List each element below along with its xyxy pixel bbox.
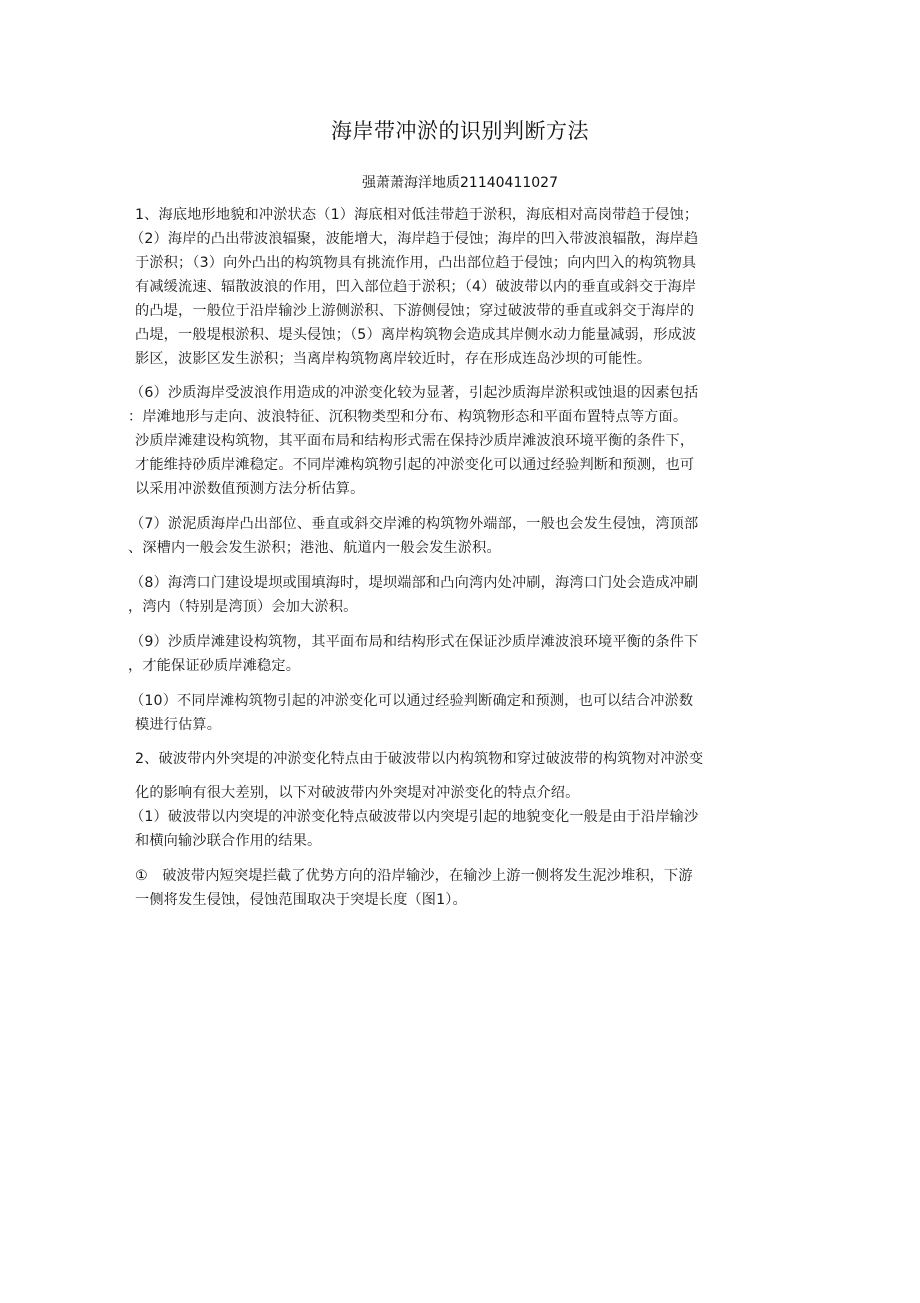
text-line: （8）海湾口门建设堤坝或围填海时，堤坝端部和凸向湾内处冲刷，海湾口门处会造成冲刷 bbox=[130, 572, 790, 594]
text-line: 1、海底地形地貌和冲淤状态（1）海底相对低洼带趋于淤积，海底相对高岗带趋于侵蚀； bbox=[135, 204, 795, 226]
text-line: 于淤积；（3）向外凸出的构筑物具有挑流作用，凸出部位趋于侵蚀；向内凹入的构筑物具 bbox=[135, 252, 795, 274]
text-line: 凸堤，一般堤根淤积、堤头侵蚀；（5）离岸构筑物会造成其岸侧水动力能量减弱，形成波 bbox=[135, 324, 795, 346]
text-line: 化的影响有很大差别，以下对破波带内外突堤对冲淤变化的特点介绍。 bbox=[135, 782, 795, 804]
text-line: ① 破波带内短突堤拦截了优势方向的沿岸输沙，在输沙上游一侧将发生泥沙堆积，下游 bbox=[135, 865, 795, 887]
text-line: 影区，波影区发生淤积；当离岸构筑物离岸较近时，存在形成连岛沙坝的可能性。 bbox=[135, 348, 795, 370]
document-title: 海岸带冲淤的识别判断方法 bbox=[0, 117, 920, 145]
text-line: 有减缓流速、辐散波浪的作用，凹入部位趋于淤积；（4）破波带以内的垂直或斜交于海岸 bbox=[135, 276, 795, 298]
text-line: 一侧将发生侵蚀，侵蚀范围取决于突堤长度（图1）。 bbox=[135, 889, 795, 911]
text-line: 模进行估算。 bbox=[135, 714, 795, 736]
text-line: （10）不同岸滩构筑物引起的冲淤变化可以通过经验判断确定和预测，也可以结合冲淤数 bbox=[130, 690, 790, 712]
text-line: 沙质岸滩建设构筑物，其平面布局和结构形式需在保持沙质岸滩波浪环境平衡的条件下， bbox=[135, 430, 795, 452]
text-line: 才能维持砂质岸滩稳定。不同岸滩构筑物引起的冲淤变化可以通过经验判断和预测，也可 bbox=[135, 454, 795, 476]
author-line: 强萧萧海洋地质21140411027 bbox=[0, 172, 920, 194]
document-page: 海岸带冲淤的识别判断方法 强萧萧海洋地质21140411027 1、海底地形地貌… bbox=[0, 0, 920, 1303]
text-line: （1）破波带以内突堤的冲淤变化特点破波带以内突堤引起的地貌变化一般是由于沿岸输沙 bbox=[130, 806, 790, 828]
text-line: （9）沙质岸滩建设构筑物，其平面布局和结构形式在保证沙质岸滩波浪环境平衡的条件下 bbox=[130, 631, 790, 653]
text-line: 的凸堤，一般位于沿岸输沙上游侧淤积、下游侧侵蚀；穿过破波带的垂直或斜交于海岸的 bbox=[135, 300, 795, 322]
text-line: （7）淤泥质海岸凸出部位、垂直或斜交岸滩的构筑物外端部，一般也会发生侵蚀，湾顶部 bbox=[130, 513, 790, 535]
text-line: ，才能保证砂质岸滩稳定。 bbox=[128, 655, 788, 677]
text-line: ，湾内（特别是湾顶）会加大淤积。 bbox=[128, 596, 788, 618]
text-line: （2）海岸的凸出带波浪辐聚，波能增大，海岸趋于侵蚀；海岸的凹入带波浪辐散，海岸趋 bbox=[130, 228, 790, 250]
text-line: ：岸滩地形与走向、波浪特征、沉积物类型和分布、构筑物形态和平面布置特点等方面。 bbox=[128, 406, 788, 428]
text-line: （6）沙质海岸受波浪作用造成的冲淤变化较为显著，引起沙质海岸淤积或蚀退的因素包括 bbox=[130, 382, 790, 404]
text-line: 、深槽内一般会发生淤积；港池、航道内一般会发生淤积。 bbox=[128, 537, 788, 559]
text-line: 2、破波带内外突堤的冲淤变化特点由于破波带以内构筑物和穿过破波带的构筑物对冲淤变 bbox=[135, 748, 795, 770]
text-line: 和横向输沙联合作用的结果。 bbox=[135, 830, 795, 852]
text-line: 以采用冲淤数值预测方法分析估算。 bbox=[135, 478, 795, 500]
